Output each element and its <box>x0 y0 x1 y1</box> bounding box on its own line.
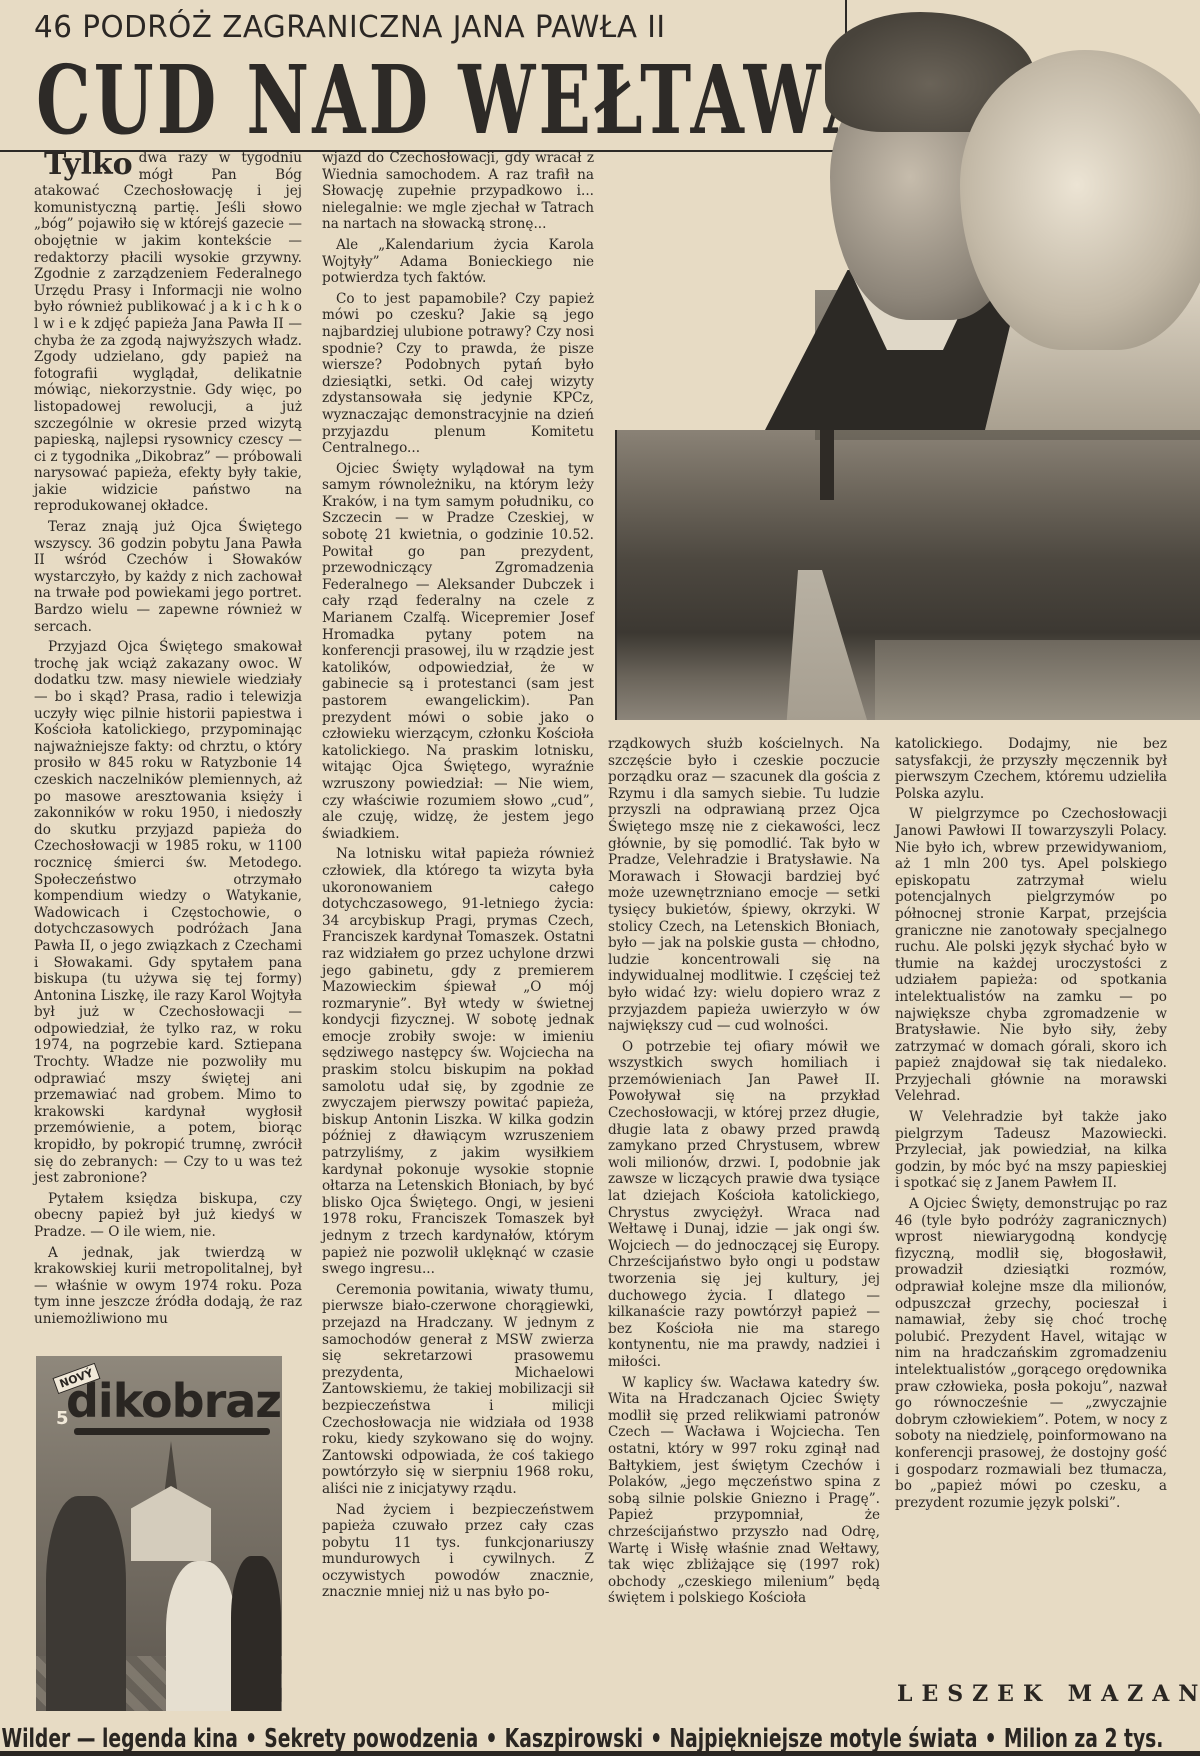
photo-collage <box>615 0 1200 720</box>
paragraph: W pielgrzymce po Czechosłowacji Janowi P… <box>895 806 1167 1105</box>
paragraph: Ceremonia powitania, wiwaty tłumu, pierw… <box>322 1282 594 1498</box>
bottom-rule <box>0 1751 1200 1756</box>
teaser-item: Sekrety powodzenia <box>264 1724 478 1754</box>
article-column-2: wjazd do Czechosłowacji, gdy wracał z Wi… <box>322 150 594 1700</box>
paragraph: A jednak, jak twierdzą w krakowskiej kur… <box>34 1245 302 1328</box>
paragraph: Pytałem księdza biskupa, czy obecny papi… <box>34 1191 302 1241</box>
magazine-page: 46 PODRÓŻ ZAGRANICZNA JANA PAWŁA II CUD … <box>0 0 1200 1756</box>
article-column-4: katolickiego. Dodajmy, nie bez satysfakc… <box>895 736 1167 1666</box>
pope-portrait <box>960 50 1200 350</box>
saint-figure <box>46 1496 126 1711</box>
logo-underline <box>74 1428 270 1435</box>
paragraph: katolickiego. Dodajmy, nie bez satysfakc… <box>895 736 1167 802</box>
dikobraz-logo: dikobraz <box>66 1374 281 1428</box>
bullet-separator: • <box>985 1724 997 1754</box>
dropcap: Tylko <box>44 150 133 180</box>
clergy-figures <box>231 1556 281 1711</box>
bullet-separator: • <box>650 1724 662 1754</box>
article-column-3: rządkowych służb kościelnych. Na szczęśc… <box>608 736 880 1701</box>
paragraph: Ale „Kalendarium życia Karola Wojtyły” A… <box>322 237 594 287</box>
paragraph: O potrzebie tej ofiary mówił we wszystki… <box>608 1039 880 1371</box>
paragraph: Co to jest papamobile? Czy papież mówi p… <box>322 291 594 457</box>
paragraph: A Ojciec Święty, demonstrując po raz 46 … <box>895 1196 1167 1511</box>
church-illustration <box>131 1486 211 1561</box>
teaser-item: Kaszpirowski <box>505 1724 643 1754</box>
pope-caricature <box>166 1561 236 1711</box>
paragraph: Teraz znają już Ojca Świętego wszyscy. 3… <box>34 519 302 635</box>
dikobraz-cover-image: dikobraz NOVÝ 5 <box>36 1356 282 1711</box>
issue-number: 5 <box>56 1408 69 1429</box>
author-byline: LESZEK MAZAN <box>897 1681 1167 1707</box>
paragraph: rządkowych służb kościelnych. Na szczęśc… <box>608 736 880 1035</box>
paragraph: Nad życiem i bezpieczeństwem papieża czu… <box>322 1502 594 1602</box>
paragraph: Przyjazd Ojca Świętego smakował trochę j… <box>34 639 302 1187</box>
paragraph: W kaplicy św. Wacława katedry św. Wita n… <box>608 1375 880 1607</box>
article-column-1: Tylkodwa razy w tygodniu mógł Pan Bóg at… <box>34 150 302 1340</box>
vltava-river <box>875 640 1200 720</box>
paragraph: Na lotnisku witał papieża również człowi… <box>322 846 594 1277</box>
bullet-separator: • <box>245 1724 257 1754</box>
paragraph: Tylkodwa razy w tygodniu mógł Pan Bóg at… <box>34 150 302 515</box>
teaser-item: Wilder — legenda kina <box>1 1724 237 1754</box>
paragraph: wjazd do Czechosłowacji, gdy wracał z Wi… <box>322 150 594 233</box>
teaser-item: Milion za 2 tys. <box>1004 1724 1164 1754</box>
teaser-item: Najpiękniejsze motyle świata <box>669 1724 977 1754</box>
kicker: 46 PODRÓŻ ZAGRANICZNA JANA PAWŁA II <box>34 10 666 45</box>
paragraph: Ojciec Święty wylądował na tym samym rów… <box>322 461 594 843</box>
paragraph: W Velehradzie był także jako pielgrzym T… <box>895 1109 1167 1192</box>
bullet-separator: • <box>486 1724 498 1754</box>
